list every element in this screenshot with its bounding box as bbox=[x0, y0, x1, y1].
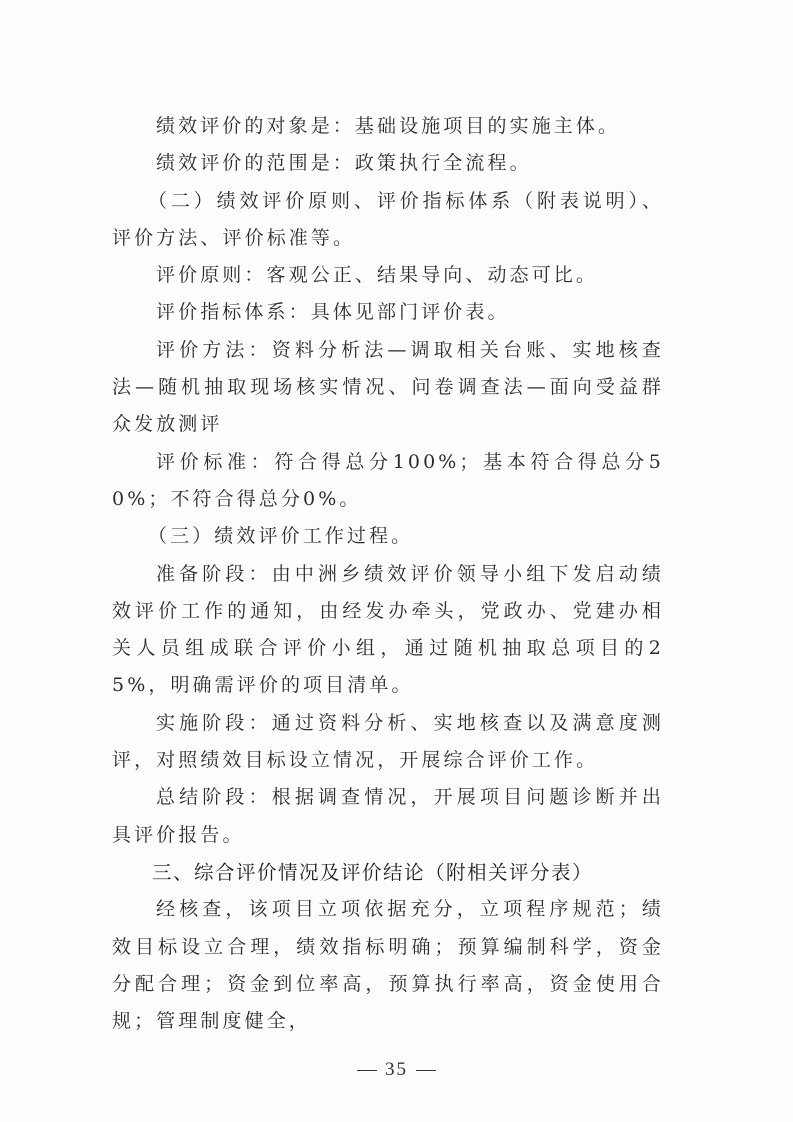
paragraph-evaluation-standards: 评价标准：符合得总分100%；基本符合得总分50%；不符合得总分0%。 bbox=[112, 444, 664, 519]
paragraph-indicator-system: 评价指标体系：具体见部门评价表。 bbox=[112, 294, 664, 331]
paragraph-evaluation-principles: 评价原则：客观公正、结果导向、动态可比。 bbox=[112, 257, 664, 294]
page-body: 绩效评价的对象是：基础设施项目的实施主体。 绩效评价的范围是：政策执行全流程。 … bbox=[112, 108, 664, 1040]
section-heading-comprehensive-evaluation: 三、综合评价情况及评价结论（附相关评分表） bbox=[112, 854, 664, 891]
paragraph-evaluation-object: 绩效评价的对象是：基础设施项目的实施主体。 bbox=[112, 108, 664, 145]
page-footer: 35 bbox=[0, 1059, 793, 1081]
subheading-work-process: （三）绩效评价工作过程。 bbox=[112, 518, 664, 555]
footer-dash-right bbox=[416, 1070, 436, 1071]
page-number: 35 bbox=[385, 1059, 408, 1080]
paragraph-evaluation-scope: 绩效评价的范围是：政策执行全流程。 bbox=[112, 145, 664, 182]
paragraph-summary-stage: 总结阶段：根据调查情况，开展项目问题诊断并出具评价报告。 bbox=[112, 779, 664, 854]
document-page: 绩效评价的对象是：基础设施项目的实施主体。 绩效评价的范围是：政策执行全流程。 … bbox=[0, 0, 793, 1122]
paragraph-implementation-stage: 实施阶段：通过资料分析、实地核查以及满意度测评，对照绩效目标设立情况，开展综合评… bbox=[112, 705, 664, 780]
paragraph-verification-conclusion: 经核查，该项目立项依据充分，立项程序规范；绩效目标设立合理，绩效指标明确；预算编… bbox=[112, 891, 664, 1040]
subheading-principles-and-methods: （二）绩效评价原则、评价指标体系（附表说明）、评价方法、评价标准等。 bbox=[112, 183, 664, 258]
footer-dash-left bbox=[357, 1070, 377, 1071]
paragraph-evaluation-methods: 评价方法：资料分析法—调取相关台账、实地核查法—随机抽取现场核实情况、问卷调查法… bbox=[112, 332, 664, 444]
paragraph-preparation-stage: 准备阶段：由中洲乡绩效评价领导小组下发启动绩效评价工作的通知，由经发办牵头，党政… bbox=[112, 556, 664, 705]
